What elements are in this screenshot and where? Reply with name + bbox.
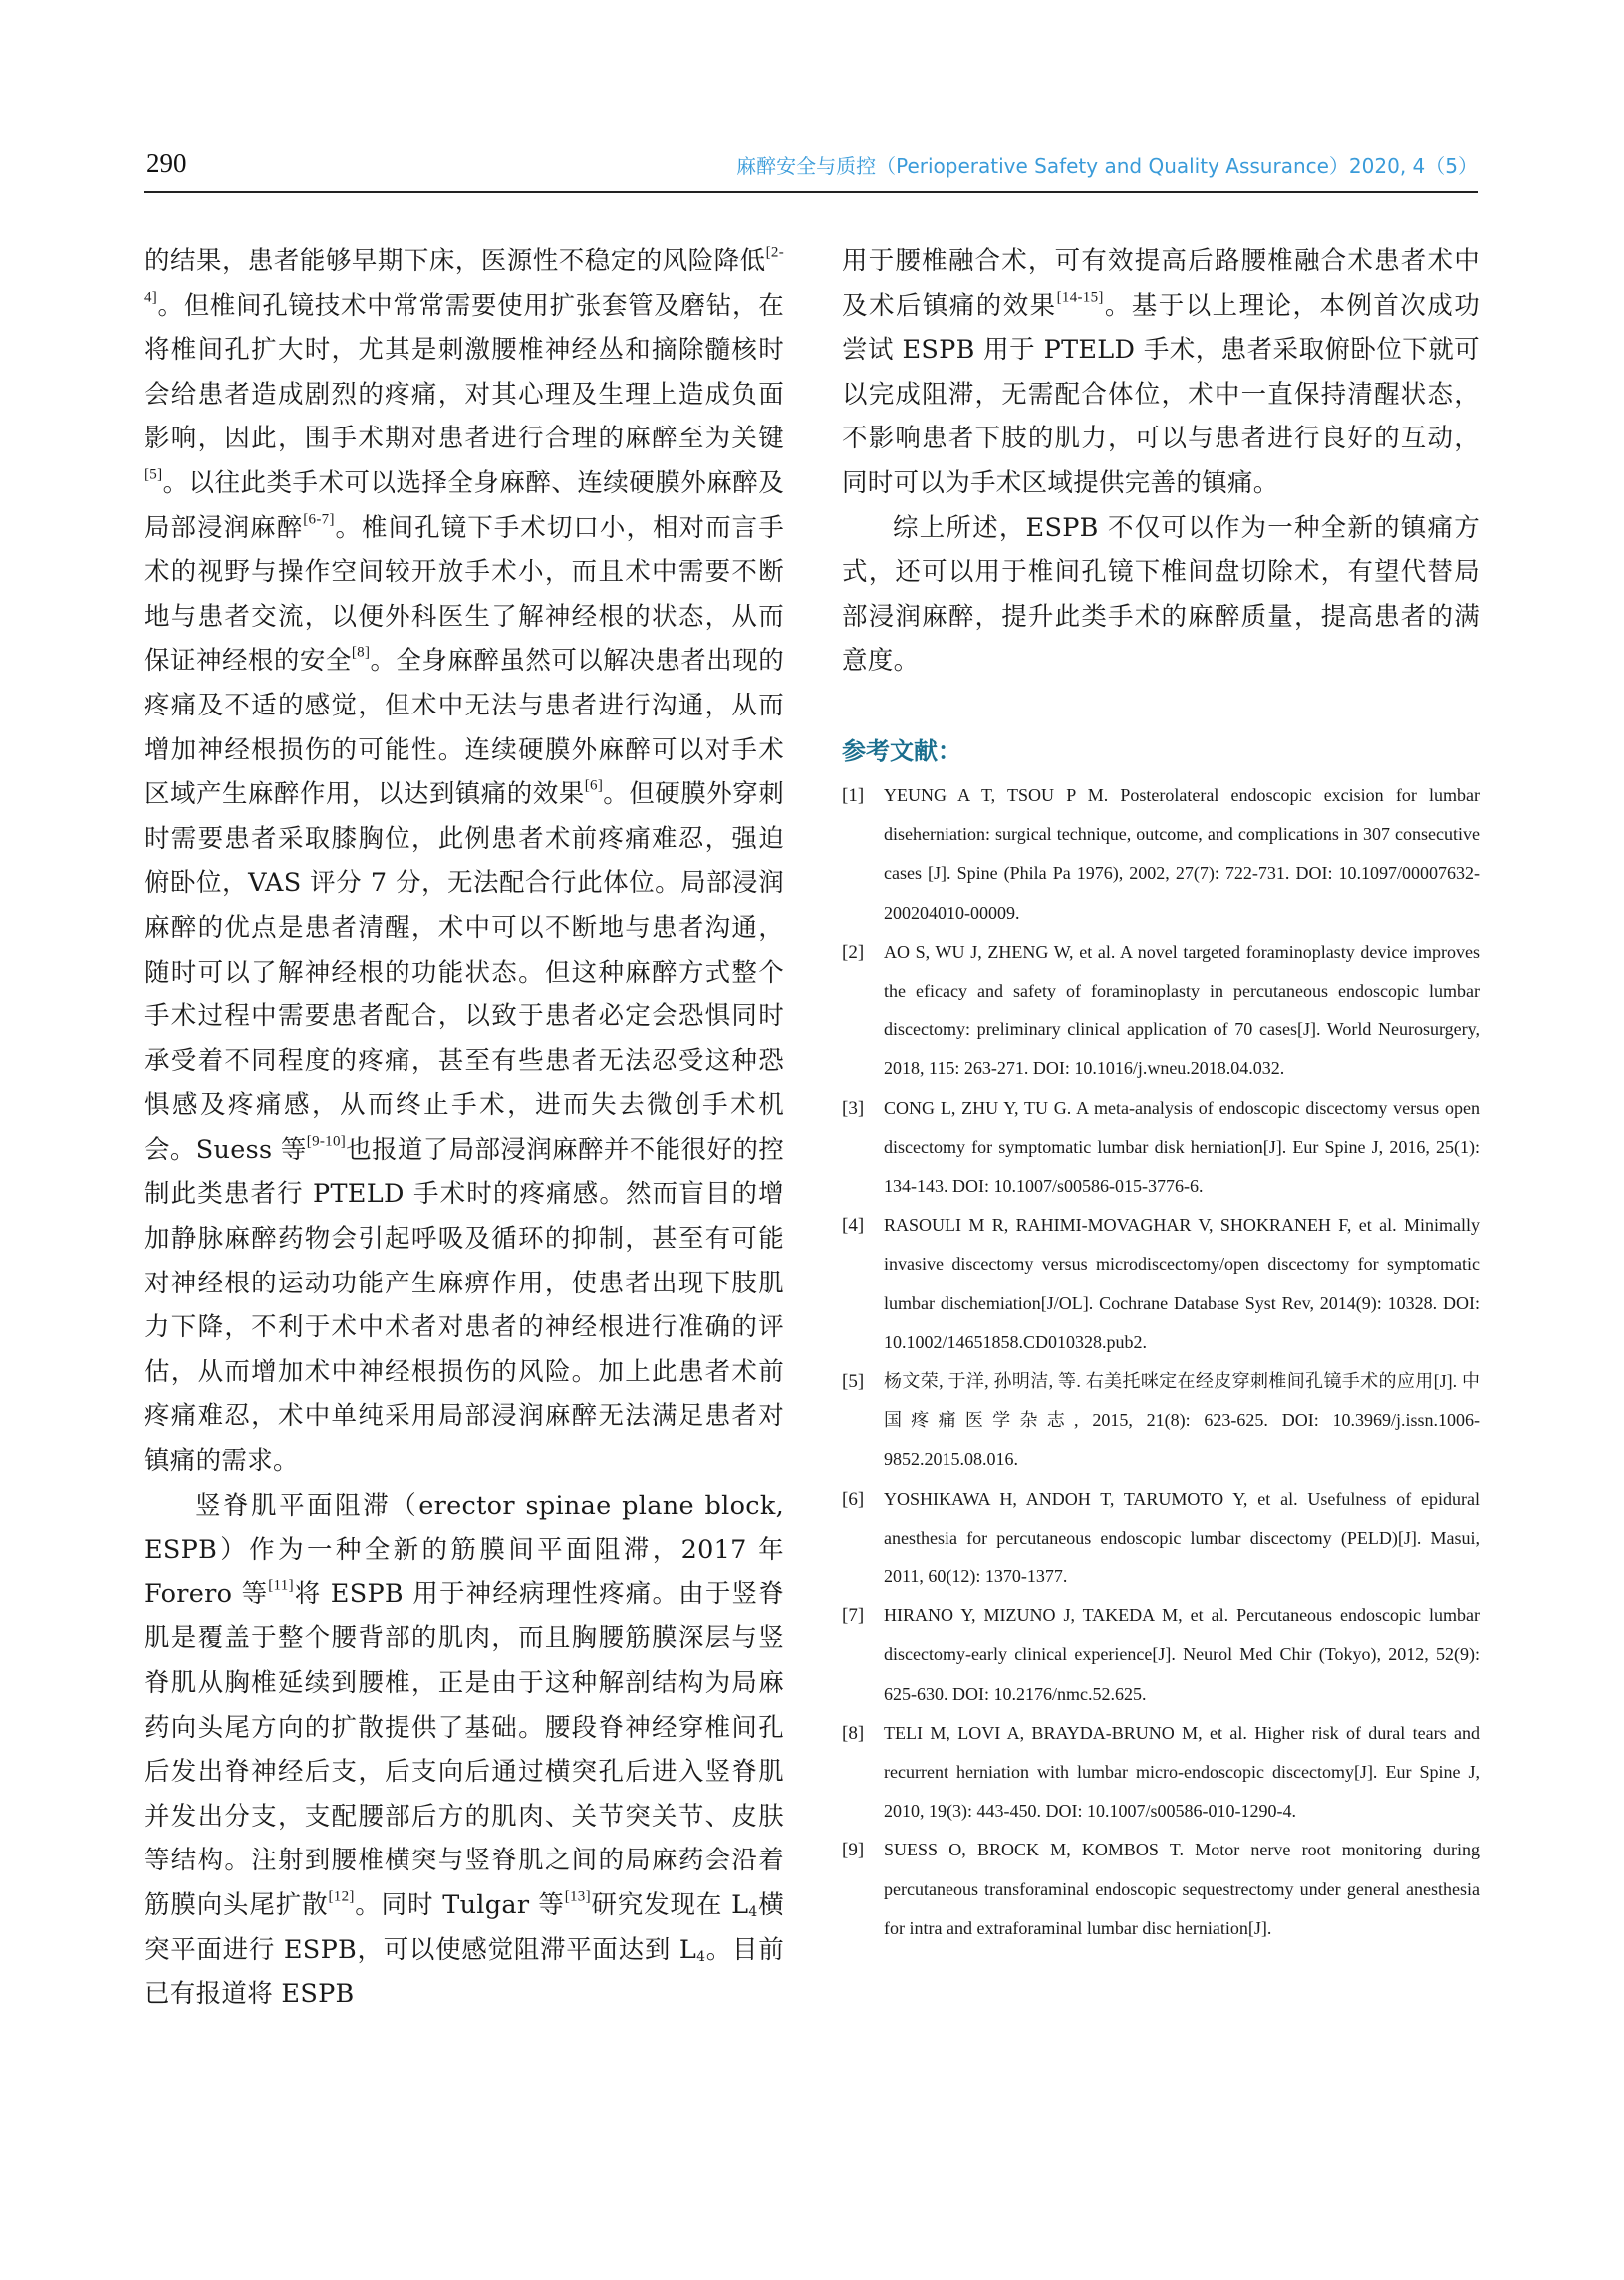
reference-number: [6]	[842, 1480, 864, 1519]
paragraph: 用于腰椎融合术，可有效提高后路腰椎融合术患者术中及术后镇痛的效果[14-15]。…	[842, 239, 1480, 506]
reference-number: [5]	[842, 1362, 864, 1401]
references-heading: 参考文献：	[842, 731, 1480, 766]
subscript: 4	[748, 1904, 757, 1920]
reference-item: [6]YOSHIKAWA H, ANDOH T, TARUMOTO Y, et …	[842, 1480, 1480, 1597]
reference-number: [2]	[842, 933, 864, 972]
references-list: [1]YEUNG A T, TSOU P M. Posterolateral e…	[842, 776, 1480, 1948]
page-number: 290	[146, 148, 187, 179]
journal-title: 麻醉安全与质控（Perioperative Safety and Quality…	[736, 150, 1478, 179]
left-column: 的结果，患者能够早期下床，医源性不稳定的风险降低[2-4]。但椎间孔镜技术中常常…	[144, 239, 784, 2017]
reference-number: [7]	[842, 1596, 864, 1635]
reference-number: [9]	[842, 1831, 864, 1869]
citation-marker: [5]	[144, 466, 162, 482]
reference-number: [8]	[842, 1714, 864, 1753]
paragraph: 综上所述，ESPB 不仅可以作为一种全新的镇痛方式，还可以用于椎间孔镜下椎间盘切…	[842, 506, 1480, 684]
citation-marker: [9-10]	[307, 1133, 346, 1149]
reference-text: AO S, WU J, ZHENG W, et al. A novel targ…	[884, 942, 1480, 1079]
page-header: 290 麻醉安全与质控（Perioperative Safety and Qua…	[144, 144, 1478, 190]
reference-item: [2]AO S, WU J, ZHENG W, et al. A novel t…	[842, 933, 1480, 1089]
citation-marker: [13]	[565, 1888, 591, 1904]
citation-marker: [14-15]	[1057, 289, 1104, 305]
reference-text: HIRANO Y, MIZUNO J, TAKEDA M, et al. Per…	[884, 1605, 1480, 1703]
reference-number: [1]	[842, 776, 864, 815]
reference-item: [7]HIRANO Y, MIZUNO J, TAKEDA M, et al. …	[842, 1596, 1480, 1714]
reference-text: TELI M, LOVI A, BRAYDA-BRUNO M, et al. H…	[884, 1723, 1480, 1821]
citation-marker: [6-7]	[303, 511, 335, 527]
paragraph: 的结果，患者能够早期下床，医源性不稳定的风险降低[2-4]。但椎间孔镜技术中常常…	[144, 239, 784, 1484]
reference-text: YEUNG A T, TSOU P M. Posterolateral endo…	[884, 785, 1480, 923]
reference-item: [1]YEUNG A T, TSOU P M. Posterolateral e…	[842, 776, 1480, 933]
reference-item: [4]RASOULI M R, RAHIMI-MOVAGHAR V, SHOKR…	[842, 1206, 1480, 1362]
right-column: 用于腰椎融合术，可有效提高后路腰椎融合术患者术中及术后镇痛的效果[14-15]。…	[842, 239, 1480, 1948]
reference-number: [4]	[842, 1206, 864, 1245]
citation-marker: [12]	[328, 1888, 354, 1904]
paragraph: 竖脊肌平面阻滞（erector spinae plane block, ESPB…	[144, 1484, 784, 2017]
reference-text: SUESS O, BROCK M, KOMBOS T. Motor nerve …	[884, 1840, 1480, 1937]
reference-number: [3]	[842, 1089, 864, 1128]
subscript: 4	[696, 1948, 705, 1964]
reference-item: [9]SUESS O, BROCK M, KOMBOS T. Motor ner…	[842, 1831, 1480, 1948]
reference-text: YOSHIKAWA H, ANDOH T, TARUMOTO Y, et al.…	[884, 1489, 1480, 1586]
citation-marker: [8]	[352, 645, 370, 661]
citation-marker: [2-4]	[144, 244, 784, 305]
reference-text: RASOULI M R, RAHIMI-MOVAGHAR V, SHOKRANE…	[884, 1215, 1480, 1352]
citation-marker: [11]	[268, 1577, 294, 1593]
reference-item: [5]杨文荣, 于洋, 孙明洁, 等. 右美托咪定在经皮穿刺椎间孔镜手术的应用[…	[842, 1362, 1480, 1480]
reference-item: [3]CONG L, ZHU Y, TU G. A meta-analysis …	[842, 1089, 1480, 1207]
citation-marker: [6]	[585, 777, 603, 793]
reference-item: [8]TELI M, LOVI A, BRAYDA-BRUNO M, et al…	[842, 1714, 1480, 1832]
reference-text: CONG L, ZHU Y, TU G. A meta-analysis of …	[884, 1098, 1480, 1196]
header-divider	[144, 191, 1478, 193]
reference-text: 杨文荣, 于洋, 孙明洁, 等. 右美托咪定在经皮穿刺椎间孔镜手术的应用[J].…	[884, 1371, 1480, 1469]
